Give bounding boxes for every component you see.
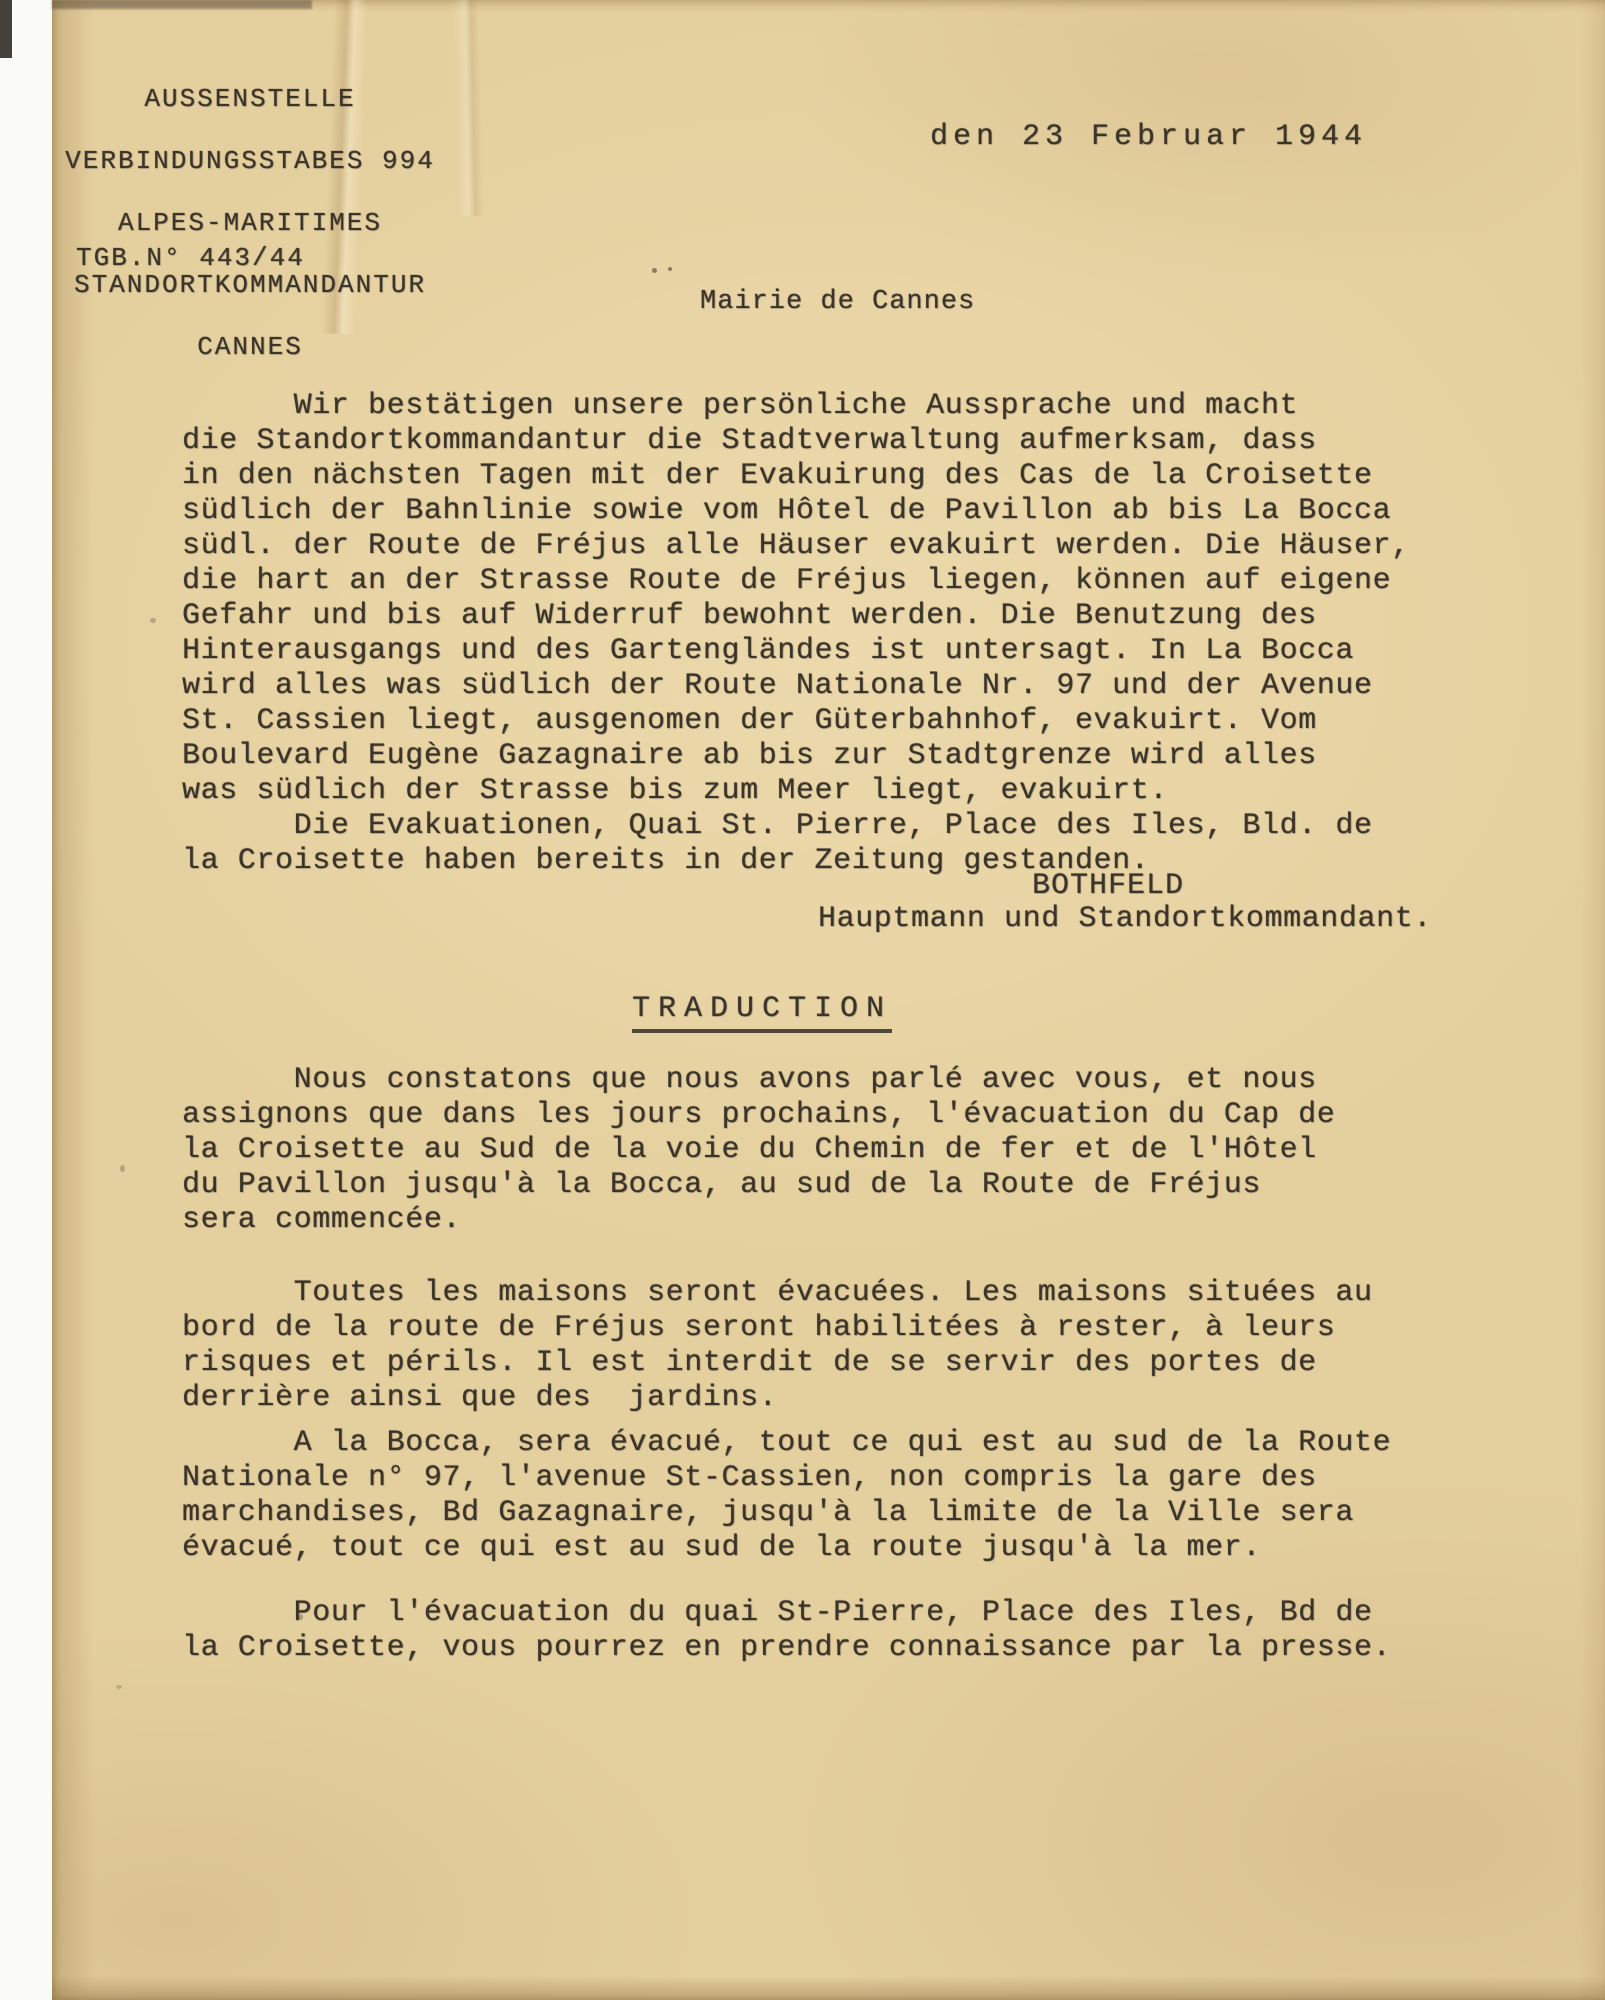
reference-number: TGB.N° 443/44 bbox=[76, 243, 305, 273]
signature-name: BOTHFELD bbox=[1032, 869, 1184, 903]
letterhead-line-region: ALPES-MARITIMES bbox=[118, 208, 382, 238]
letterhead-line-unit: AUSSENSTELLE bbox=[144, 84, 355, 114]
german-body-text: Wir bestätigen unsere persönliche Ausspr… bbox=[182, 389, 1472, 879]
letterhead: AUSSENSTELLE VERBINDUNGSSTABES 994 ALPES… bbox=[58, 84, 442, 363]
french-paragraph-3: A la Bocca, sera évacué, tout ce qui est… bbox=[182, 1426, 1492, 1566]
ink-speck bbox=[150, 618, 156, 623]
recipient-address: Mairie de Cannes bbox=[700, 287, 975, 317]
scan-edge-mark bbox=[0, 0, 12, 58]
paper-top-edge-shadow bbox=[52, 0, 312, 9]
french-paragraph-2: Toutes les maisons seront évacuées. Les … bbox=[182, 1276, 1492, 1416]
ink-speck bbox=[668, 267, 672, 271]
ink-speck bbox=[120, 1165, 125, 1172]
letterhead-line-city: CANNES bbox=[197, 332, 303, 362]
letterhead-line-kommandantur: STANDORTKOMMANDANTUR bbox=[74, 270, 426, 300]
french-paragraph-4: Pour l'évacuation du quai St-Pierre, Pla… bbox=[182, 1596, 1492, 1666]
letterhead-line-staff: VERBINDUNGSSTABES 994 bbox=[65, 146, 435, 176]
paper-speck bbox=[116, 1685, 122, 1689]
french-paragraph-1: Nous constatons que nous avons parlé ave… bbox=[182, 1063, 1492, 1238]
paper-crease-secondary bbox=[453, 0, 484, 216]
date-line: den 23 Februar 1944 bbox=[930, 120, 1367, 154]
ink-speck bbox=[299, 1614, 303, 1620]
signature-title: Hauptmann und Standortkommandant. bbox=[818, 902, 1432, 936]
translation-heading: TRADUCTION bbox=[632, 992, 892, 1033]
scanned-letter-page: { "page": { "paper_color": "#e4cf9e", "i… bbox=[0, 0, 1605, 2000]
ink-speck bbox=[652, 268, 657, 273]
